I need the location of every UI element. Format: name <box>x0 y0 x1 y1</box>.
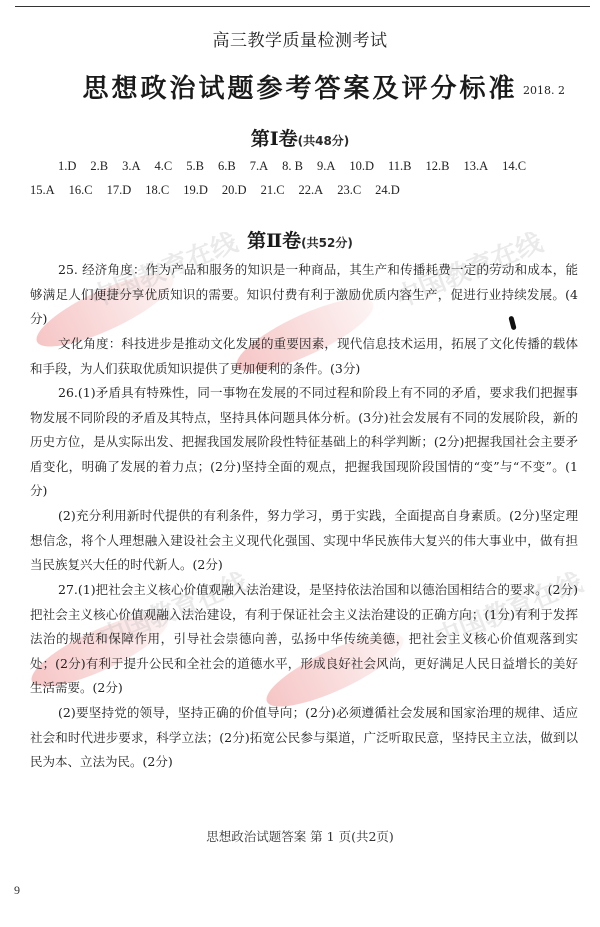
answer: 14.C <box>502 154 526 178</box>
page-footer: 思想政治试题答案 第 1 页(共2页) <box>0 827 600 845</box>
answer: 4.C <box>155 154 173 178</box>
page-number: 9 <box>14 883 20 898</box>
answer: 23.C <box>337 178 361 202</box>
answer: 19.D <box>183 178 208 202</box>
answer: 1.D <box>58 154 76 178</box>
answer: 21.C <box>261 178 285 202</box>
top-rule <box>15 6 590 7</box>
answer: 10.D <box>349 154 374 178</box>
answer-key: 1.D2.B3.A4.C5.B6.B7.A8. B9.A10.D11.B12.B… <box>30 154 580 202</box>
answer: 24.D <box>375 178 400 202</box>
answer: 5.B <box>186 154 204 178</box>
answer: 12.B <box>426 154 450 178</box>
answer-26-2: (2)充分利用新时代提供的有利条件，努力学习，勇于实践，全面提高自身素质。(2分… <box>30 504 578 578</box>
part2-heading: 第Ⅱ卷(共52分) <box>0 226 600 253</box>
answer-27-2: (2)要坚持党的领导，坚持正确的价值导向；(2分)必须遵循社会发展和国家治理的规… <box>30 701 578 775</box>
answer: 7.A <box>250 154 268 178</box>
answer: 11.B <box>388 154 412 178</box>
part2-title: 第Ⅱ卷 <box>247 230 301 252</box>
title-row: 思想政治试题参考答案及评分标准 <box>0 68 600 105</box>
answer-row-2: 15.A16.C17.D18.C19.D20.D21.C22.A23.C24.D <box>30 178 580 202</box>
answer: 9.A <box>317 154 335 178</box>
answer: 8. B <box>282 154 303 178</box>
answer: 13.A <box>463 154 488 178</box>
answer: 2.B <box>90 154 108 178</box>
answer-25-economic: 25. 经济角度：作为产品和服务的知识是一种商品，其生产和传播耗费一定的劳动和成… <box>30 258 578 332</box>
answer: 3.A <box>122 154 140 178</box>
answer: 15.A <box>30 178 55 202</box>
part1-heading: 第Ⅰ卷(共48分) <box>0 124 600 151</box>
document-date: 2018. 2 <box>523 84 565 97</box>
answer: 6.B <box>218 154 236 178</box>
answer: 20.D <box>222 178 247 202</box>
answer: 16.C <box>69 178 93 202</box>
part1-points: (共48分) <box>298 134 350 148</box>
answer-26-1: 26.(1)矛盾具有特殊性，同一事物在发展的不同过程和阶段上有不同的矛盾，要求我… <box>30 381 578 504</box>
answer-27-1: 27.(1)把社会主义核心价值观融入法治建设，是坚持依法治国和以德治国相结合的要… <box>30 578 578 701</box>
answer-row-1: 1.D2.B3.A4.C5.B6.B7.A8. B9.A10.D11.B12.B… <box>30 154 580 178</box>
answer: 17.D <box>107 178 132 202</box>
answer: 18.C <box>145 178 169 202</box>
answer: 22.A <box>299 178 324 202</box>
part1-title: 第Ⅰ卷 <box>251 128 298 150</box>
exam-subtitle: 高三教学质量检测考试 <box>0 26 600 51</box>
document-title: 思想政治试题参考答案及评分标准 <box>82 74 517 104</box>
answer-25-cultural: 文化角度：科技进步是推动文化发展的重要因素，现代信息技术运用，拓展了文化传播的载… <box>30 332 578 381</box>
part2-points: (共52分) <box>301 236 353 250</box>
